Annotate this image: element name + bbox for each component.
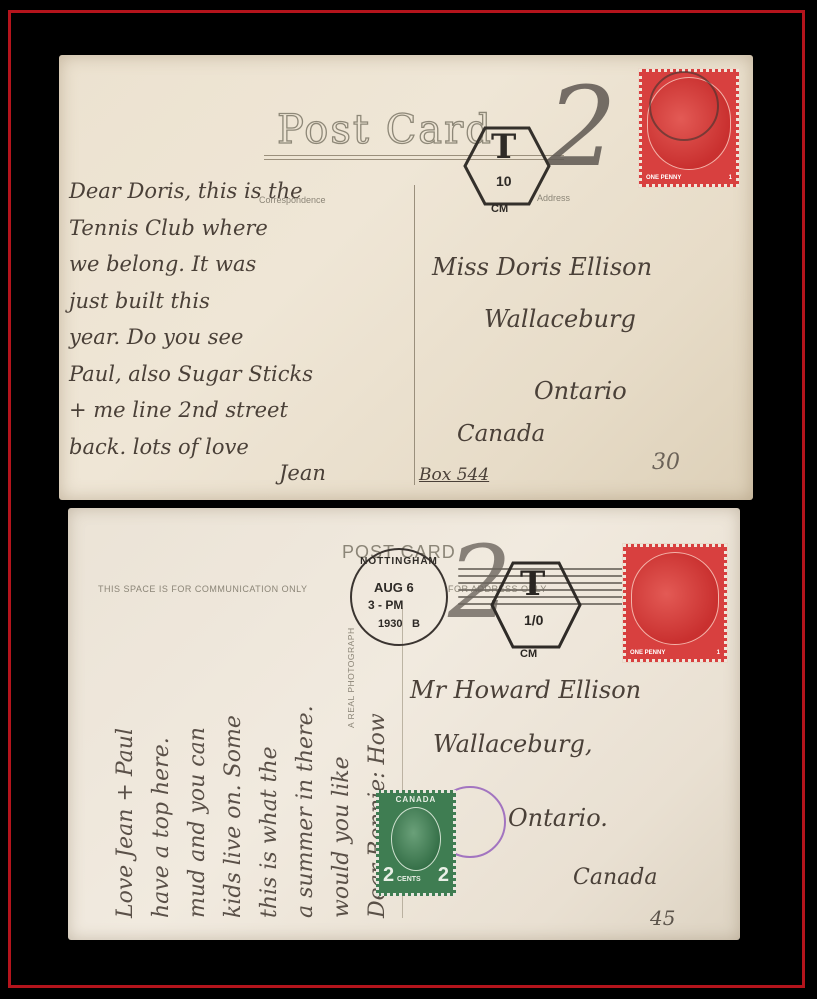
stamp-numeral: 1 (729, 175, 732, 181)
message-line: would you like (324, 705, 360, 918)
stamp-value-left: 2 (383, 864, 394, 887)
message-line: just built this (69, 283, 326, 320)
address-line-country: Canada (457, 421, 545, 447)
message-line: year. Do you see (69, 319, 326, 356)
canada-two-cents-stamp: CANADA 2 2 CENTS (376, 790, 456, 896)
address-line-city: Wallaceburg, (433, 730, 592, 758)
stamp-denomination: ONE PENNY (646, 175, 681, 181)
message-line: Paul, also Sugar Sticks (69, 356, 326, 393)
gb-one-penny-stamp: ONE PENNY1 (623, 544, 727, 662)
pencil-price-note: 30 (652, 450, 680, 475)
message-line: Love Jean + Paul (108, 705, 144, 918)
king-portrait (391, 807, 441, 871)
message-text: Dear Doris, this is the Tennis Club wher… (69, 173, 326, 492)
postcard-top: Post Card Correspondence Address Dear Do… (59, 55, 753, 500)
message-text: Love Jean + Paul have a top here. mud an… (108, 705, 396, 918)
postage-due-t: T (520, 564, 545, 604)
message-line: we belong. It was (69, 246, 326, 283)
postcard-bottom: POST CARD THIS SPACE IS FOR COMMUNICATIO… (68, 508, 740, 940)
address-line-name: Miss Doris Ellison (432, 253, 652, 281)
message-line: + me line 2nd street (69, 392, 326, 429)
cancellation-postmark (649, 71, 719, 141)
postage-due-office: CM (491, 203, 508, 215)
postmark-town: NOTTINGHAM (352, 556, 446, 567)
postmark-code: B (412, 618, 420, 630)
nottingham-postmark: NOTTINGHAM AUG 6 3 - PM 1930 B (350, 548, 448, 646)
address-line-province: Ontario (534, 377, 627, 405)
message-line: have a top here. (144, 705, 180, 918)
postmark-date: AUG 6 (374, 580, 414, 595)
message-line: mud and you can (180, 705, 216, 918)
stamp-unit: CENTS (397, 876, 421, 883)
stamp-numeral: 1 (717, 650, 720, 656)
address-line-city: Wallaceburg (484, 305, 636, 333)
postage-due-t: T (491, 127, 516, 167)
postage-due-value: 10 (496, 173, 512, 189)
divider-line (414, 185, 415, 485)
address-line-province: Ontario. (508, 804, 608, 832)
message-line: this is what the (252, 705, 288, 918)
stamp-value-right: 2 (438, 864, 449, 887)
address-line-name: Mr Howard Ellison (410, 676, 641, 704)
postmark-year: 1930 (378, 618, 402, 630)
message-line: kids live on. Some (216, 705, 252, 918)
postage-due-value: 1/0 (524, 612, 543, 628)
address-line-country: Canada (573, 865, 657, 890)
stamp-country: CANADA (379, 795, 453, 804)
postage-due-office: CM (520, 648, 537, 660)
address-line-box: Box 544 (419, 465, 489, 485)
postmark-time: 3 - PM (368, 598, 403, 612)
message-line: Tennis Club where (69, 210, 326, 247)
postcard-title: Post Card (277, 107, 493, 153)
king-portrait (631, 552, 719, 645)
postage-due-numeral: 2 (547, 63, 617, 191)
message-line: Dear Doris, this is the (69, 173, 326, 210)
message-line: a summer in there. (288, 705, 324, 918)
pencil-price-note: 45 (650, 906, 675, 930)
stamp-denomination: ONE PENNY (630, 650, 665, 656)
communication-label: THIS SPACE IS FOR COMMUNICATION ONLY (98, 584, 308, 594)
